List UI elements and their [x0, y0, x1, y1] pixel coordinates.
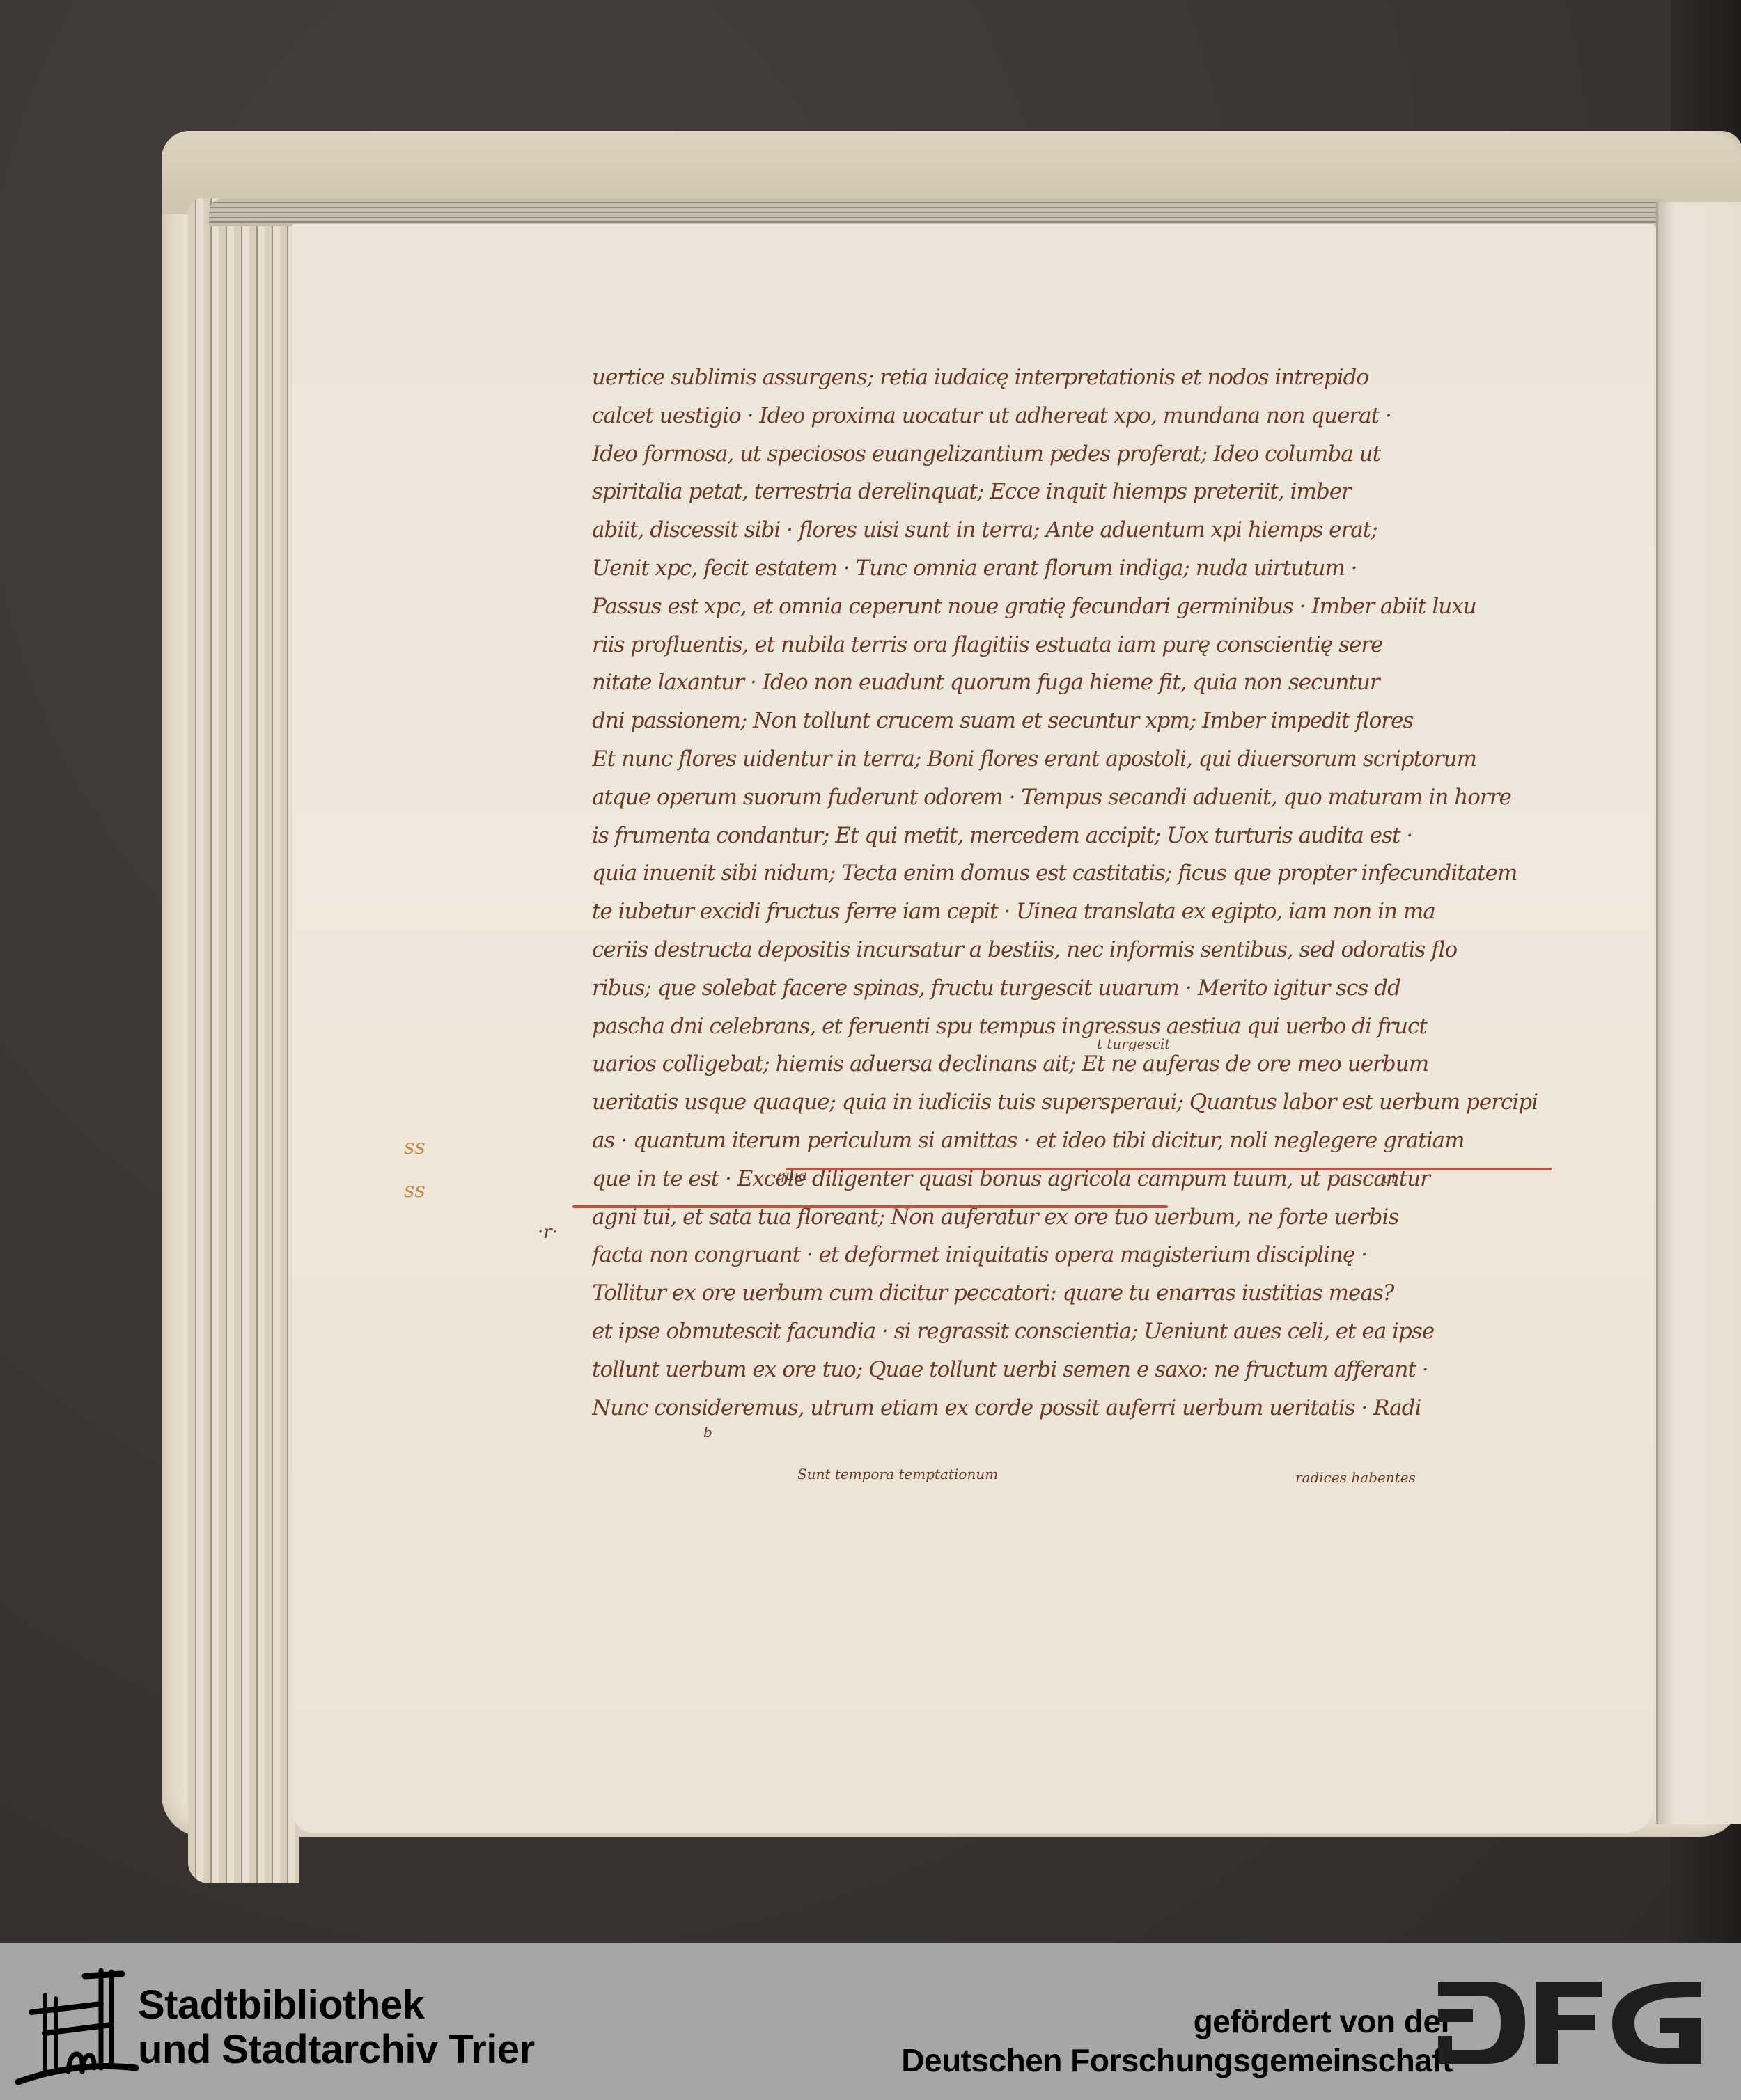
text-line: nitate laxantur · Ideo non euadunt quoru…	[592, 664, 1567, 702]
text-line: que in te est · Excole diligenter quasi …	[592, 1160, 1567, 1198]
page-stack-top	[209, 198, 1671, 226]
footer-banner: Stadtbibliothek und Stadtarchiv Trier ge…	[0, 1943, 1741, 2100]
funding-line-2: Deutschen Forschungsgemeinschaft	[901, 2041, 1453, 2080]
text-line: ceriis destructa depositis incursatur a …	[592, 931, 1567, 969]
text-line: ueritatis usque quaque; quia in iudiciis…	[592, 1083, 1567, 1122]
institution-name: Stadtbibliothek und Stadtarchiv Trier	[138, 1983, 535, 2072]
text-line: Nunc consideremus, utrum etiam ex corde …	[592, 1389, 1567, 1427]
gloss-sunt-tempora: Sunt tempora temptationum	[797, 1466, 998, 1482]
text-line: Ideo formosa, ut speciosos euangelizanti…	[592, 435, 1567, 473]
funding-text: gefördert von der Deutschen Forschungsge…	[901, 2002, 1453, 2080]
margin-quote-mark: ss	[404, 1178, 426, 1202]
gloss-b: b	[703, 1424, 712, 1441]
institution-line-2: und Stadtarchiv Trier	[138, 2028, 535, 2072]
text-line: dni passionem; Non tollunt crucem suam e…	[592, 702, 1567, 740]
stadtbibliothek-trier-logo-icon	[14, 1957, 139, 2089]
text-line: ribus; que solebat facere spinas, fructu…	[592, 969, 1567, 1008]
text-line: Passus est xpc, et omnia ceperunt noue g…	[592, 588, 1567, 626]
text-line: spiritalia petat, terrestria derelinquat…	[592, 473, 1567, 511]
text-line: as · quantum iterum periculum si amittas…	[592, 1122, 1567, 1160]
margin-note: ·r·	[538, 1222, 558, 1243]
text-line: pascha dni celebrans, et feruenti spu te…	[592, 1008, 1567, 1046]
text-line: et ipse obmutescit facundia · si regrass…	[592, 1312, 1567, 1351]
text-line: quia inuenit sibi nidum; Tecta enim domu…	[592, 854, 1567, 893]
text-line: tollunt uerbum ex ore tuo; Quae tollunt …	[592, 1351, 1567, 1389]
page-stack-left	[188, 198, 299, 1883]
dfg-logo-icon	[1438, 1982, 1731, 2064]
text-line: uertice sublimis assurgens; retia iudaic…	[592, 359, 1567, 397]
facing-page-edge	[1656, 202, 1741, 1824]
gloss-radices: radices habentes	[1295, 1469, 1416, 1486]
text-line: Uenit xpc, fecit estatem · Tunc omnia er…	[592, 549, 1567, 588]
text-line: atque operum suorum fuderunt odorem · Te…	[592, 778, 1567, 817]
text-line: uarios colligebat; hiemis aduersa declin…	[592, 1045, 1567, 1083]
text-line: facta non congruant · et deformet iniqui…	[592, 1236, 1567, 1274]
text-line: te iubetur excidi fructus ferre iam cepi…	[592, 893, 1567, 931]
gloss-ut: ut	[1382, 1170, 1397, 1186]
red-underline	[572, 1205, 1168, 1208]
manuscript-text-block: uertice sublimis assurgens; retia iudaic…	[592, 359, 1567, 1427]
text-line: agni tui, et sata tua floreant; Non aufe…	[592, 1198, 1567, 1237]
gloss-turgescit: t turgescit	[1097, 1035, 1170, 1052]
funding-line-1: gefördert von der	[901, 2002, 1453, 2041]
text-line: Et nunc flores uidentur in terra; Boni f…	[592, 740, 1567, 778]
text-line: Tollitur ex ore uerbum cum dicitur pecca…	[592, 1274, 1567, 1312]
text-line: abiit, discessit sibi · flores uisi sunt…	[592, 511, 1567, 549]
red-underline	[786, 1168, 1552, 1170]
text-line: calcet uestigio · Ideo proxima uocatur u…	[592, 397, 1567, 435]
text-line: is frumenta condantur; Et qui metit, mer…	[592, 817, 1567, 855]
text-line: riis profluentis, et nubila terris ora f…	[592, 626, 1567, 664]
institution-line-1: Stadtbibliothek	[138, 1983, 535, 2028]
margin-quote-mark: ss	[404, 1135, 426, 1159]
